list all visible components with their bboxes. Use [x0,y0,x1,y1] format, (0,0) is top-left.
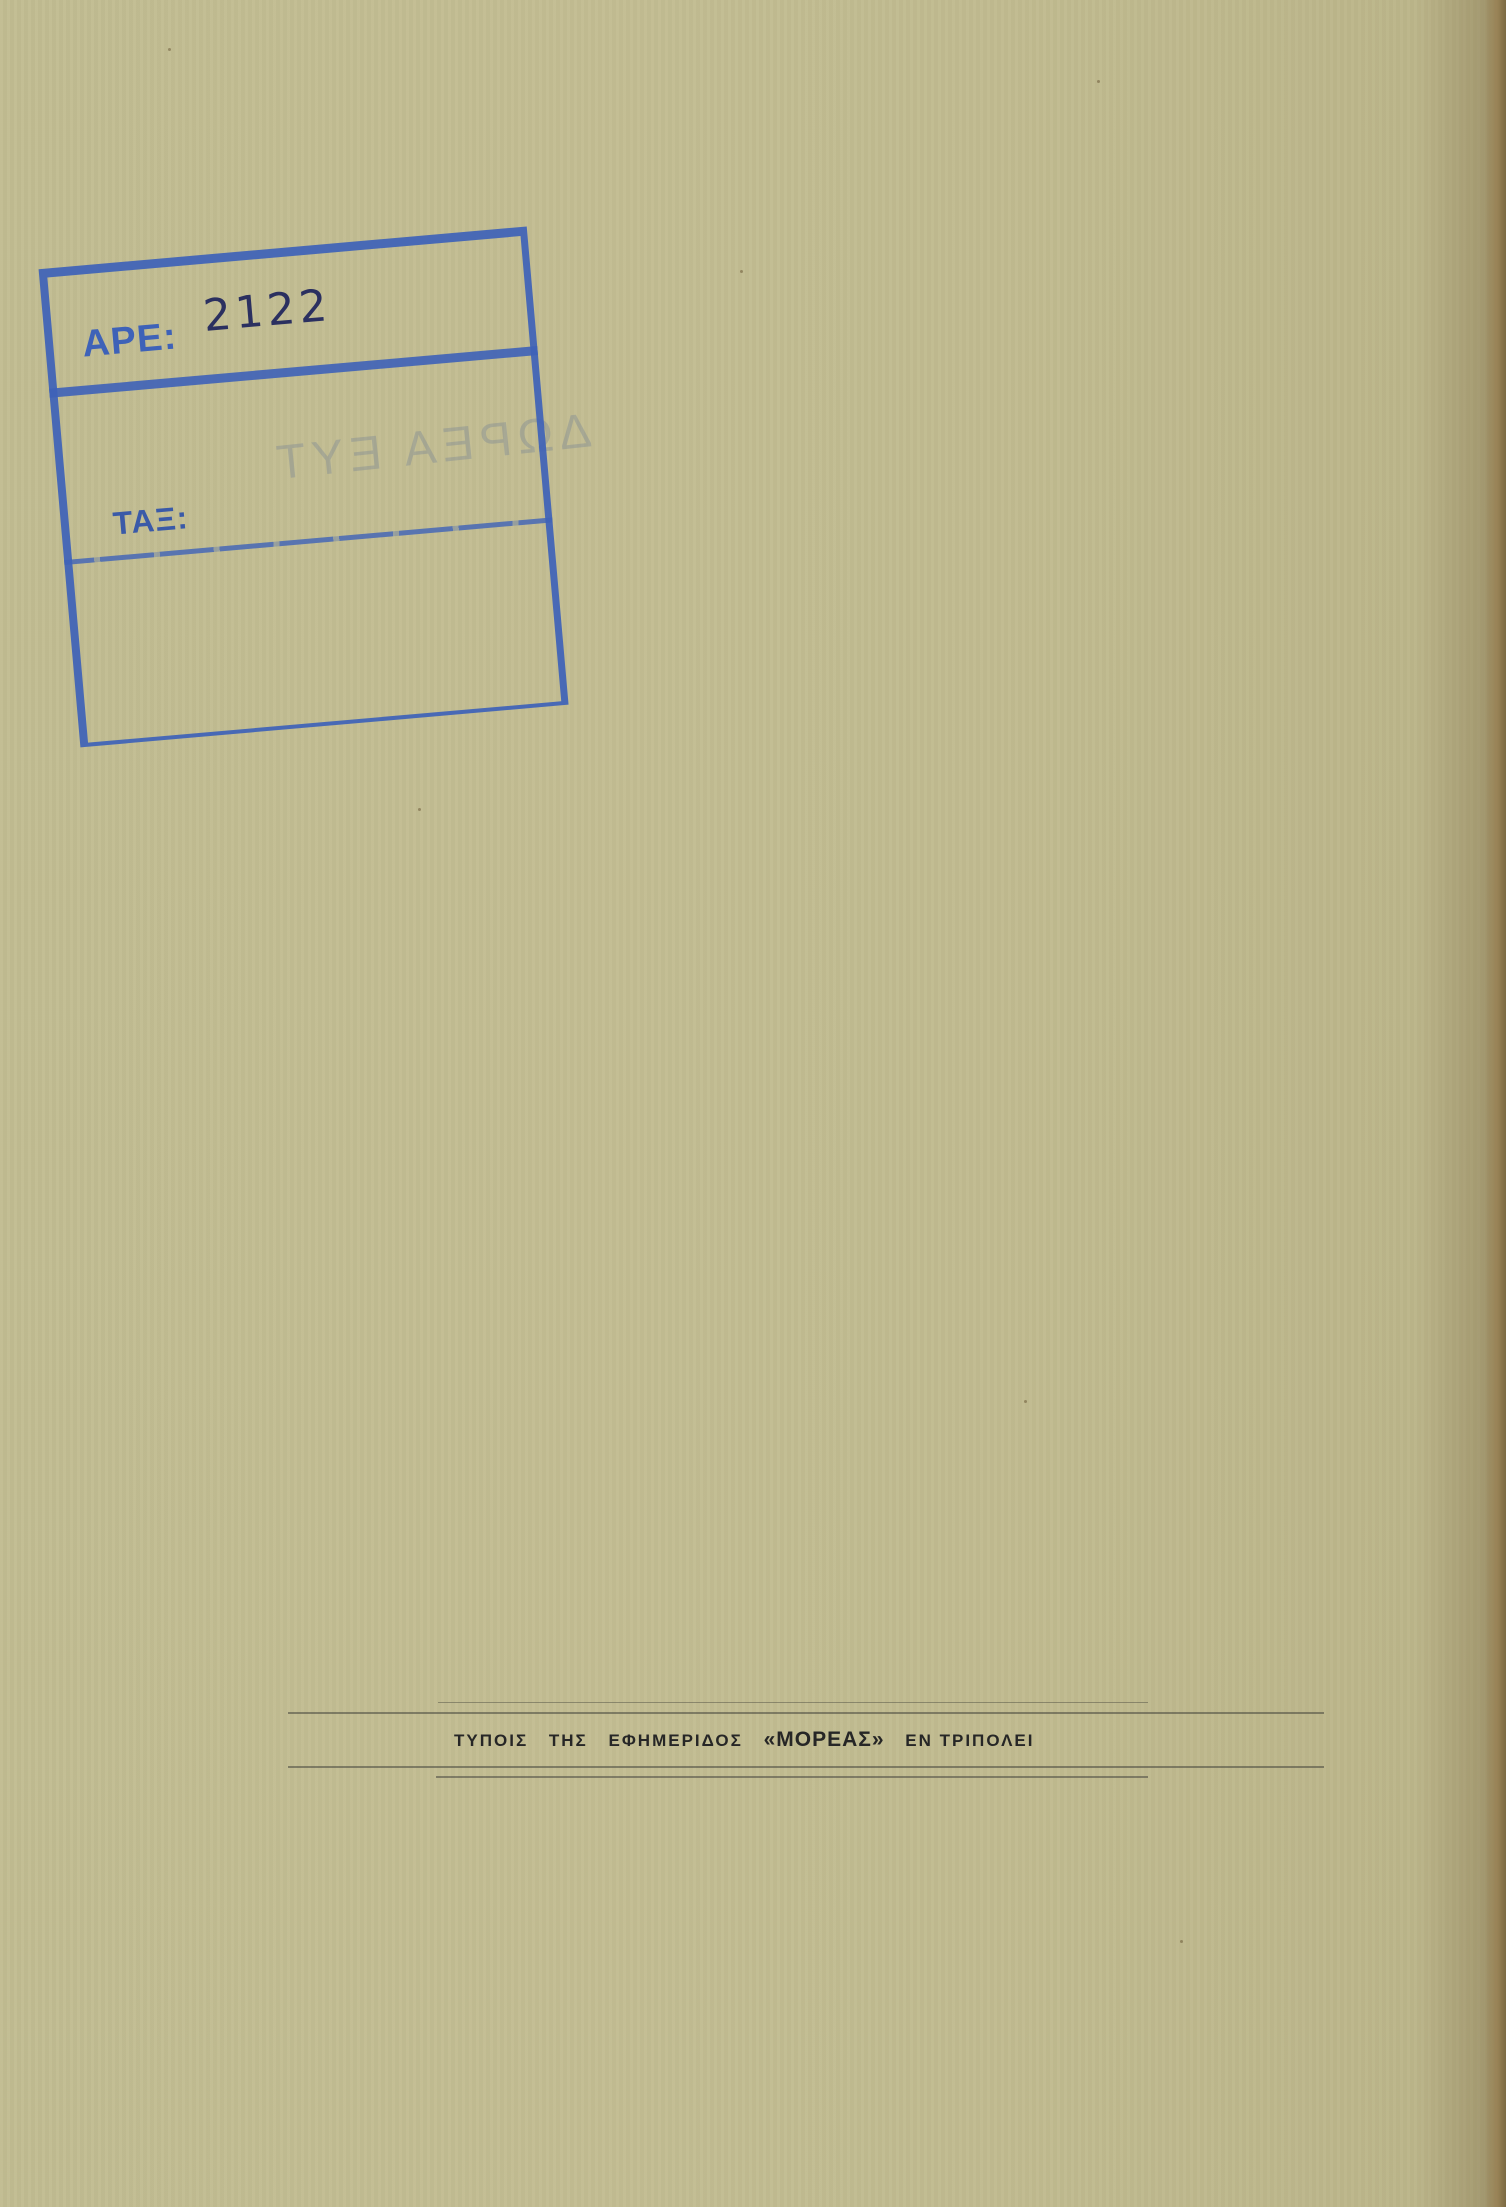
back-cover-page: ΔΩΡΕΑ ΕΥΤ ΑΡΕ: 2122 ΤΑΞ: ΤΥΠΟΙΣ ΤΗΣ ΕΦΗΜ… [0,0,1506,2207]
paper-speck [1180,1940,1183,1943]
colophon-place: ΕΝ ΤΡΙΠΟΛΕΙ [905,1731,1034,1750]
printer-colophon: ΤΥΠΟΙΣ ΤΗΣ ΕΦΗΜΕΡΙΔΟΣ «ΜΟΡΕΑΣ» ΕΝ ΤΡΙΠΟΛ… [288,1700,1324,1780]
colophon-word: ΤΗΣ [549,1731,588,1750]
colophon-text: ΤΥΠΟΙΣ ΤΗΣ ΕΦΗΜΕΡΙΔΟΣ «ΜΟΡΕΑΣ» ΕΝ ΤΡΙΠΟΛ… [454,1728,1035,1752]
paper-speck [740,270,743,273]
colophon-rule [438,1702,1148,1703]
spine-shadow [1484,0,1506,2207]
colophon-rule [288,1712,1324,1714]
colophon-publisher: «ΜΟΡΕΑΣ» [764,1728,885,1751]
paper-speck [1097,80,1100,83]
colophon-rule [288,1766,1324,1768]
classification-label: ΤΑΞ: [111,499,189,542]
paper-speck [1024,1400,1027,1403]
colophon-rule [436,1776,1148,1778]
paper-speck [418,808,421,811]
paper-speck [168,48,171,51]
accession-label: ΑΡΕ: [80,315,178,366]
colophon-word: ΤΥΠΟΙΣ [454,1731,528,1750]
colophon-word: ΕΦΗΜΕΡΙΔΟΣ [609,1731,743,1750]
library-stamp: ΑΡΕ: 2122 ΤΑΞ: [28,195,591,758]
